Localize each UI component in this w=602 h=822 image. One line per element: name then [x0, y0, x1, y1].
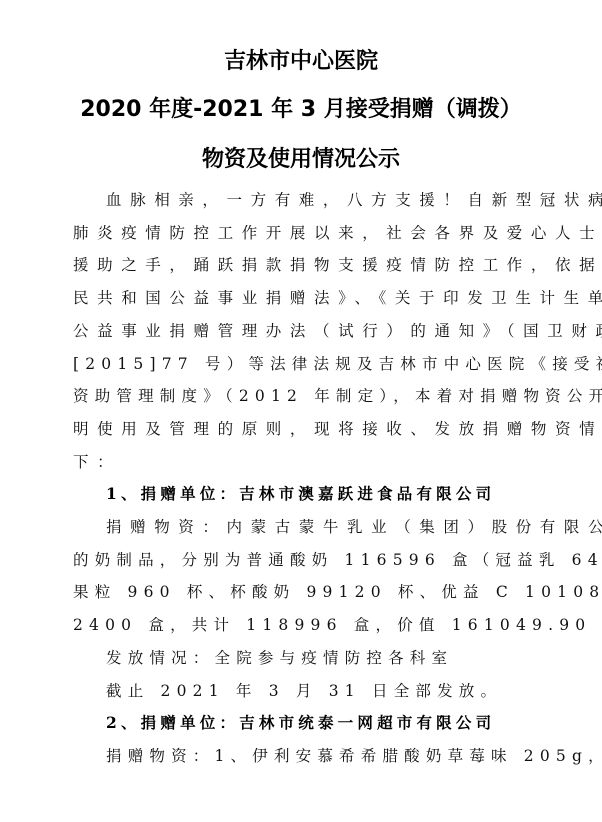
intro-line: 民共和国公益事业捐赠法》、《关于印发卫生计生单位接受	[73, 282, 513, 315]
goods-line: 果粒 960 杯、杯酸奶 99120 杯、优益 C 10108 瓶）、木糖醇	[73, 576, 513, 609]
intro-line: 援助之手，踊跃捐款捐物支援疫情防控工作，依据《中华人	[73, 249, 513, 282]
donation-1-goods: 捐赠物资：内蒙古蒙牛乳业（集团）股份有限公司生产 的奶制品，分别为普通酸奶 11…	[73, 511, 513, 642]
title-period: 2020 年度-2021 年 3 月接受捐赠（调拨）	[0, 95, 602, 125]
intro-line: [2015]77 号）等法律法规及吉林市中心医院《接受社会捐赠	[73, 348, 513, 381]
goods-line: 2400 盒，共计 118996 盒，价值 161049.90 元。	[73, 609, 513, 642]
intro-line: 明使用及管理的原则，现将接收、发放捐赠物资情况公示如	[73, 413, 513, 446]
intro-line: 公益事业捐赠管理办法（试行）的通知》（国卫财政发	[73, 315, 513, 348]
goods-line: 捐赠物资：内蒙古蒙牛乳业（集团）股份有限公司生产	[73, 511, 513, 544]
goods-line: 捐赠物资：1、伊利安慕希希腊酸奶草莓味 205g，72 提，	[73, 740, 513, 773]
deadline-line: 截止 2021 年 3 月 31 日全部发放。	[73, 675, 513, 708]
document-page: 吉林市中心医院 2020 年度-2021 年 3 月接受捐赠（调拨） 物资及使用…	[0, 0, 602, 822]
title-subject: 物资及使用情况公示	[0, 145, 602, 175]
donation-1-distribution: 发放情况：全院参与疫情防控各科室 截止 2021 年 3 月 31 日全部发放。	[73, 642, 513, 707]
intro-line: 资助管理制度》（2012 年制定），本着对捐赠物资公开、透	[73, 380, 513, 413]
title-hospital-name: 吉林市中心医院	[0, 47, 602, 77]
distribution-line: 发放情况：全院参与疫情防控各科室	[73, 642, 513, 675]
intro-line: 血脉相亲，一方有难，八方支援！自新型冠状病毒感染	[73, 184, 513, 217]
document-body: 血脉相亲，一方有难，八方支援！自新型冠状病毒感染 肺炎疫情防控工作开展以来，社会…	[73, 184, 513, 773]
donation-1-heading: 1、捐赠单位：吉林市澳嘉跃进食品有限公司	[73, 478, 513, 511]
intro-line: 肺炎疫情防控工作开展以来，社会各界及爱心人士积极伸出	[73, 217, 513, 250]
intro-line: 下：	[73, 446, 513, 479]
goods-line: 的奶制品，分别为普通酸奶 116596 盒（冠益乳 6408 瓶、大	[73, 544, 513, 577]
donation-2-goods: 捐赠物资：1、伊利安慕希希腊酸奶草莓味 205g，72 提，	[73, 740, 513, 773]
donation-2-heading: 2、捐赠单位：吉林市统泰一网超市有限公司	[73, 707, 513, 740]
intro-paragraph: 血脉相亲，一方有难，八方支援！自新型冠状病毒感染 肺炎疫情防控工作开展以来，社会…	[73, 184, 513, 478]
